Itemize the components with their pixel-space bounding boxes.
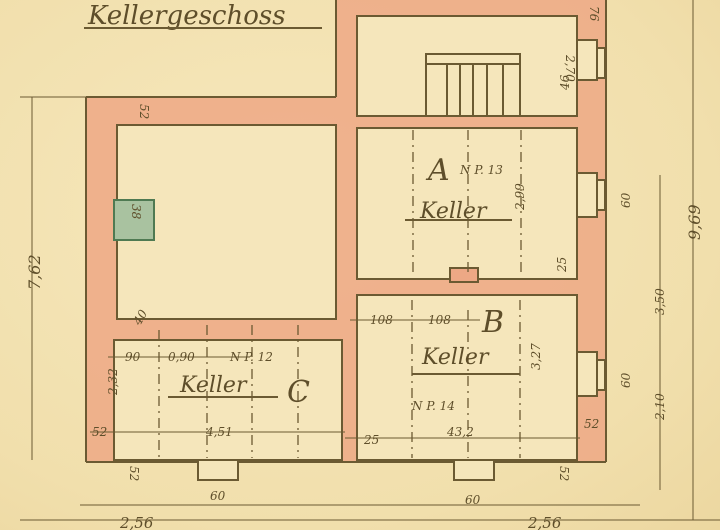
room-b-number: N P. 14: [411, 399, 455, 413]
dim-bottom-left: 2,56: [119, 514, 154, 530]
dim-room-b-height: 3,27: [529, 343, 543, 370]
dim-window-bottom-left: 60: [210, 489, 226, 503]
dim-room-c-width: 4,51: [205, 425, 233, 439]
room-b-name: Keller: [421, 345, 490, 370]
stair-room: 2,70 46 76: [357, 6, 601, 116]
room-c-letter: C: [287, 375, 310, 410]
chimney: 38: [114, 200, 154, 240]
dim-right-outer-lower: 3,50: [653, 288, 667, 315]
room-b-letter: B: [481, 305, 504, 340]
plan-title: Kellergeschoss: [87, 1, 286, 31]
floor-plan-sheet: Kellergeschoss 2,70 46 76: [0, 0, 720, 530]
svg-text:38: 38: [129, 204, 143, 220]
dim-window-bottom-right: 60: [465, 493, 481, 507]
room-a-number: N P. 13: [459, 163, 503, 177]
dim-room-c-span-2: 0,90: [168, 350, 195, 364]
dim-wall-a-b: 25: [555, 257, 569, 273]
dim-wall-c-b: 25: [363, 433, 379, 447]
dim-room-b-width: 43,2: [446, 425, 474, 439]
dim-top-left-wall: 52: [137, 104, 151, 119]
dim-window-right-lower: 60: [619, 372, 633, 388]
dim-wall-bottom-left: 52: [127, 466, 141, 481]
dim-overall-right: 9,69: [685, 204, 704, 240]
dim-room-a-height: 2,99: [513, 183, 527, 211]
dim-stair-top: 76: [587, 6, 601, 22]
dim-wall-left-c: 52: [92, 425, 107, 439]
dim-wall-bottom-right: 52: [557, 466, 571, 481]
dim-room-b-span-2: 108: [428, 313, 451, 327]
dim-stair-wall: 46: [558, 74, 572, 91]
room-a-letter: A: [425, 153, 450, 188]
room-c-number: N P. 12: [229, 350, 273, 364]
dim-room-c-height: 2,32: [106, 368, 120, 396]
dim-room-b-span-1: 108: [370, 313, 393, 327]
dim-bottom-right: 2,56: [527, 514, 562, 530]
dim-overall-left: 7,62: [25, 254, 44, 290]
dim-right-outer-bottom: 2,10: [653, 393, 667, 421]
dim-wall-right-b: 52: [584, 417, 599, 431]
dim-window-right-upper: 60: [619, 192, 633, 208]
room-c-name: Keller: [179, 373, 248, 398]
room-a: A N P. 13 Keller 2,99 25: [357, 128, 577, 282]
room-b: 108 108 B Keller N P. 14 43,2 3,27 25 52: [345, 295, 599, 460]
dim-room-c-span-1: 90: [125, 350, 141, 364]
floor-plan-drawing: Kellergeschoss 2,70 46 76: [0, 0, 720, 530]
